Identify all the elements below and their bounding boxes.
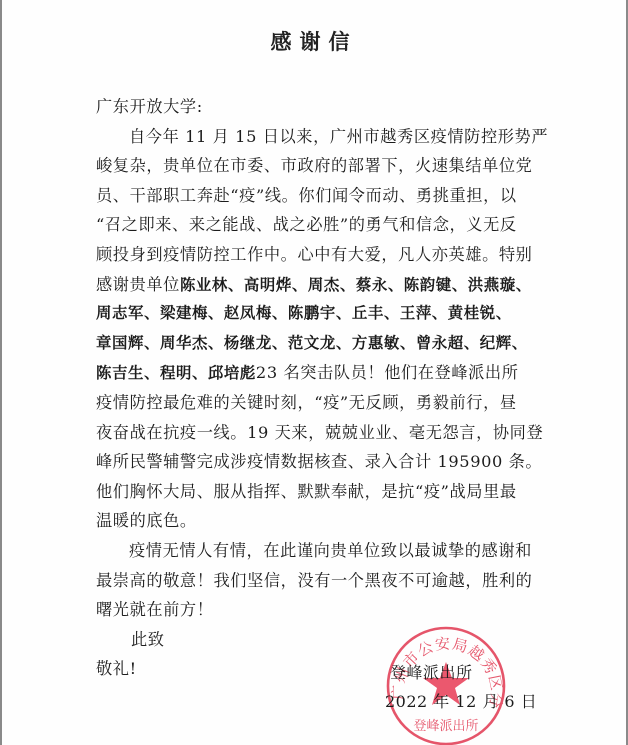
- svg-text:登峰派出所: 登峰派出所: [413, 718, 478, 734]
- paragraph1-line: 峰所民警辅警完成涉疫情数据核查、录入合计 195900 条。: [96, 447, 536, 477]
- paragraph1-line: 自今年 11 月 15 日以来，广州市越秀区疫情防控形势严: [96, 122, 536, 152]
- honoree-names: 章国辉、周华杰、杨继龙、范文龙、方惠敏、曾永超、纪辉、: [96, 329, 536, 359]
- paragraph2-line: 曙光就在前方！: [96, 595, 536, 625]
- letter-title: 感谢信: [2, 26, 626, 56]
- names-line: 陈吉生、程明、邱培彪23 名突击队员！他们在登峰派出所: [96, 358, 536, 388]
- paragraph1-line: 疫情防控最危难的关键时刻，“疫”无反顾，勇毅前行，昼: [96, 388, 536, 418]
- paragraph2-line: 最崇高的敬意！我们坚信，没有一个黑夜不可逾越，胜利的: [96, 566, 536, 596]
- signature-date: 2022 年 12 月 6 日: [385, 689, 537, 712]
- after-names-text: 23 名突击队员！他们在登峰派出所: [256, 363, 519, 382]
- signature-organization: 登峰派出所: [390, 660, 473, 683]
- honoree-names: 周志军、梁建梅、赵凤梅、陈鹏宇、丘丰、王萍、黄桂锐、: [96, 299, 536, 329]
- paragraph1-line: 温暖的底色。: [96, 506, 536, 536]
- paragraph1-line: 夜奋战在抗疫一线。19 天来，兢兢业业、毫无怨言，协同登: [96, 418, 536, 448]
- salutation: 广东开放大学:: [96, 92, 536, 122]
- honoree-names: 陈业林、高明烨、周杰、蔡永、陈韵键、洪燕璇、: [180, 276, 532, 294]
- letter-page: 感谢信 广东开放大学: 自今年 11 月 15 日以来，广州市越秀区疫情防控形势…: [0, 0, 628, 745]
- names-line: 感谢贵单位陈业林、高明烨、周杰、蔡永、陈韵键、洪燕璇、: [96, 270, 536, 300]
- paragraph1-line: 顾投身到疫情防控工作中。心中有大爱，凡人亦英雄。特别: [96, 240, 536, 270]
- paragraph1-line: 他们胸怀大局、服从指挥、默默奉献，是抗“疫”战局里最: [96, 477, 536, 507]
- names-intro: 感谢贵单位: [96, 275, 180, 294]
- paragraph1-line: 峻复杂，贵单位在市委、市政府的部署下，火速集结单位党: [96, 151, 536, 181]
- paragraph1-line: “召之即来、来之能战、战之必胜”的勇气和信念，义无反: [96, 210, 536, 240]
- letter-body: 广东开放大学: 自今年 11 月 15 日以来，广州市越秀区疫情防控形势严 峻复…: [96, 92, 536, 684]
- official-seal-icon: 广州市公安局越秀区分局 登峰派出所: [382, 622, 510, 745]
- paragraph2-line: 疫情无情人有情，在此谨向贵单位致以最诚挚的感谢和: [96, 536, 536, 566]
- honoree-names: 陈吉生、程明、邱培彪: [96, 364, 256, 382]
- paragraph1-line: 员、干部职工奔赴“疫”线。你们闻令而动、勇挑重担，以: [96, 181, 536, 211]
